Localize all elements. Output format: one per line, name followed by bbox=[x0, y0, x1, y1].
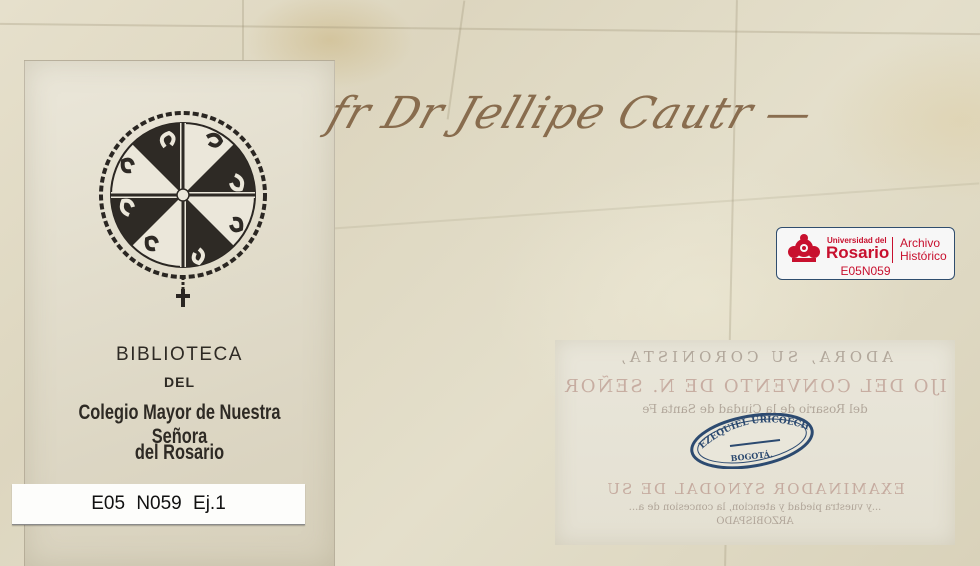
paper-fold-line bbox=[0, 23, 980, 35]
printed-line: IJO DEL CONVENTO DE N. SEÑOR bbox=[555, 376, 955, 397]
paper-fold-line bbox=[242, 0, 244, 60]
archive-badge: Universidad del Rosario Archivo Históric… bbox=[776, 227, 955, 280]
ownership-stamp: EZEQUIEL URICOECHEA BOGOTÁ. bbox=[688, 413, 816, 469]
printed-line: EXAMINADOR SYNODAL DE SU bbox=[555, 480, 955, 498]
printed-line: ...y vuestra piedad y atencion, la conce… bbox=[555, 502, 955, 513]
printed-line: ARZOBISPADO bbox=[555, 516, 955, 527]
badge-divider bbox=[892, 237, 893, 263]
handwritten-inscription: fr Dr Jellipe Cautr — bbox=[322, 88, 820, 139]
bookplate-title: BIBLIOTECA bbox=[25, 344, 334, 366]
badge-code: E05N059 bbox=[777, 264, 954, 278]
badge-department: Archivo Histórico bbox=[900, 237, 947, 263]
rosary-cross-emblem-icon bbox=[95, 109, 271, 309]
call-number-label: E05 N059 Ej.1 bbox=[12, 484, 305, 525]
printed-line: ADORA, SU CORONISTA, bbox=[555, 348, 955, 366]
call-number-text: E05 N059 Ej.1 bbox=[91, 493, 226, 515]
paper-crease bbox=[331, 182, 980, 229]
badge-department-line2: Histórico bbox=[900, 250, 947, 263]
university-crest-icon bbox=[786, 233, 822, 265]
bookplate-del: DEL bbox=[25, 374, 334, 390]
bookplate-institution-line2: del Rosario bbox=[59, 441, 300, 465]
badge-university-line2: Rosario bbox=[826, 243, 889, 263]
